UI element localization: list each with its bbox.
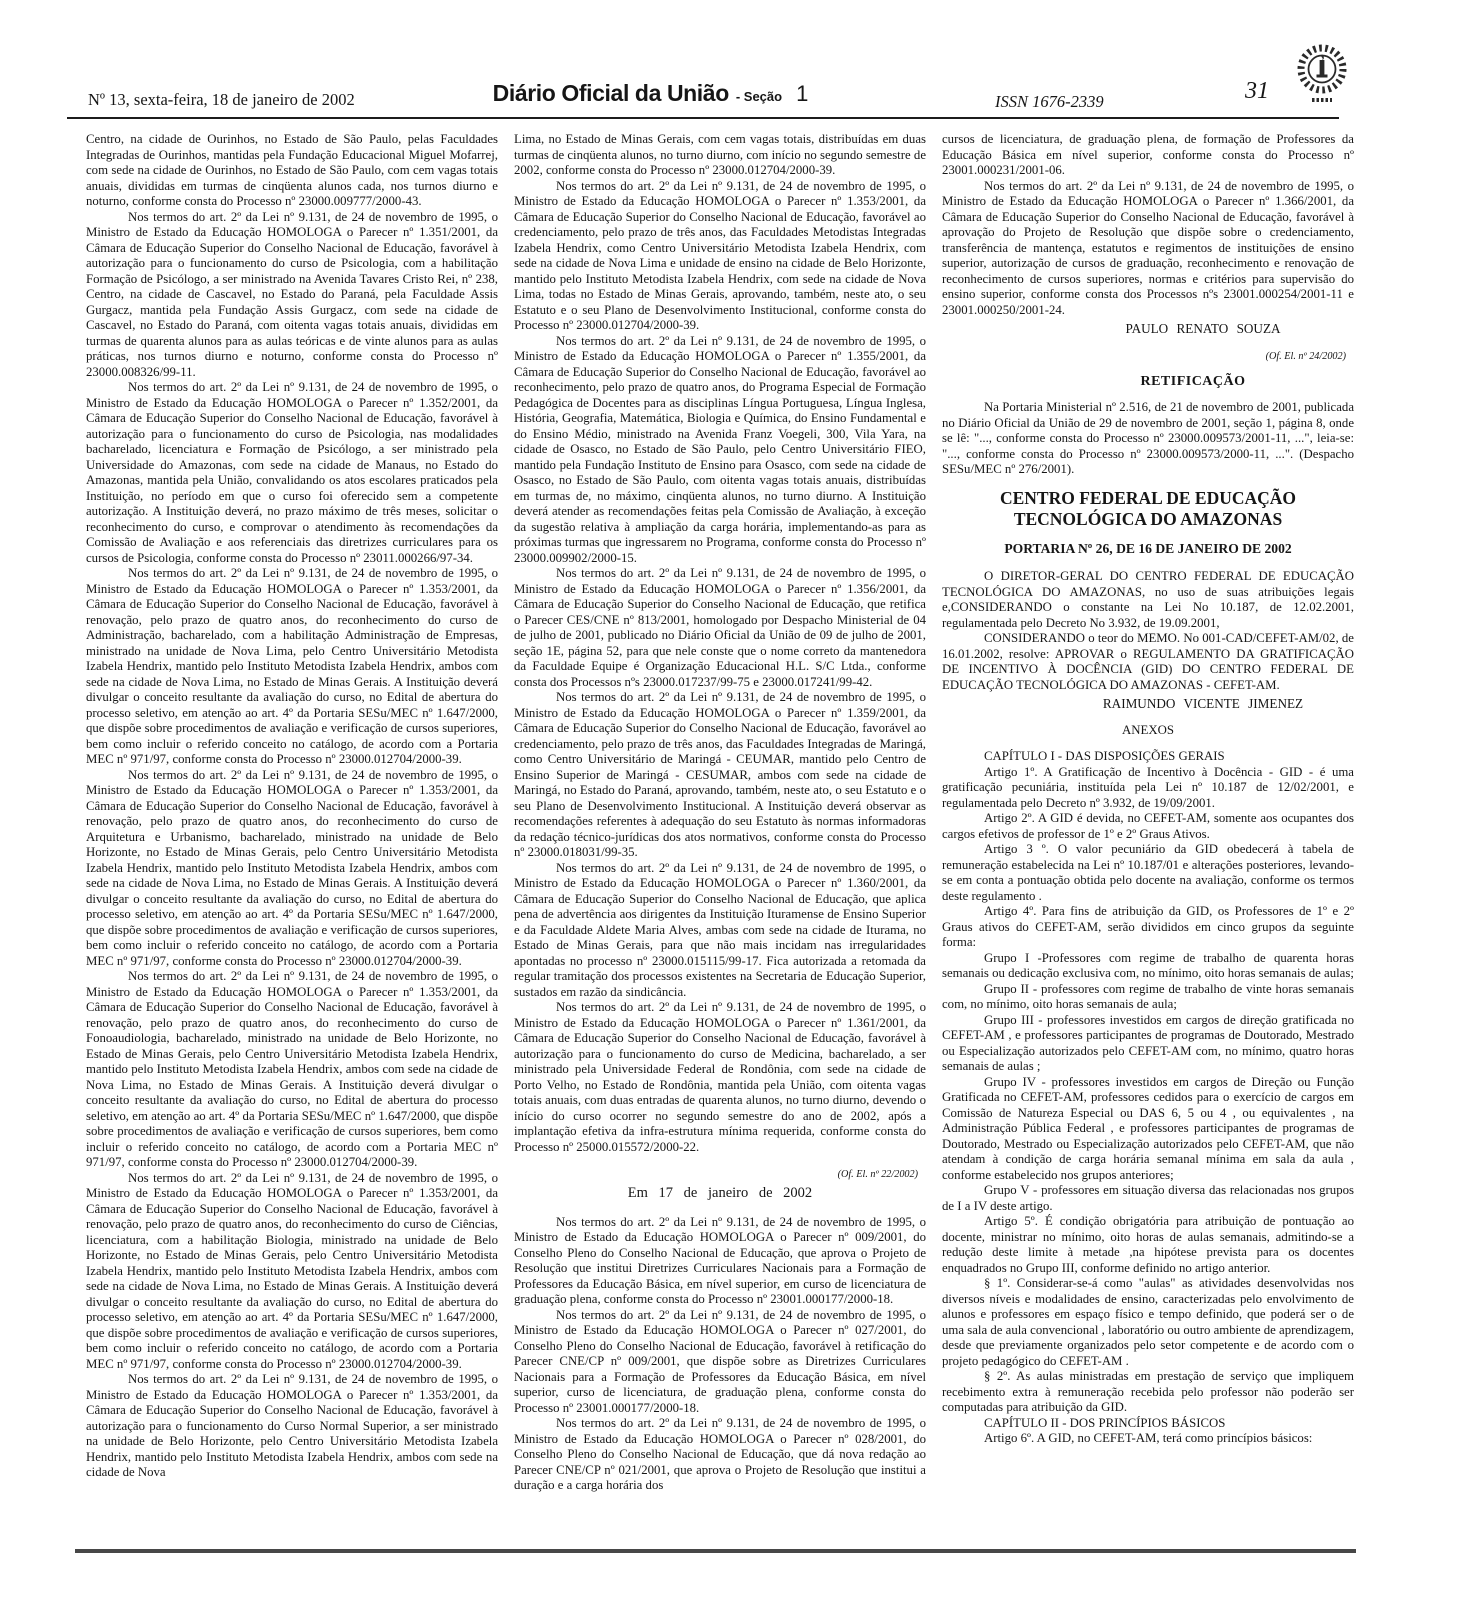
content-columns: Centro, na cidade de Ourinhos, no Estado… xyxy=(86,132,1354,1546)
paragraph: Grupo IV - professores investidos em car… xyxy=(942,1075,1354,1184)
section-label: - Seção xyxy=(736,89,782,104)
paragraph: Nos termos do art. 2º da Lei nº 9.131, d… xyxy=(514,861,926,1001)
paragraph: Nos termos do art. 2º da Lei nº 9.131, d… xyxy=(514,1416,926,1494)
paragraph: Nos termos do art. 2º da Lei nº 9.131, d… xyxy=(514,1215,926,1308)
paragraph: Grupo II - professores com regime de tra… xyxy=(942,982,1354,1013)
paragraph: Nos termos do art. 2º da Lei nº 9.131, d… xyxy=(86,969,498,1171)
paragraph: Grupo I -Professores com regime de traba… xyxy=(942,951,1354,982)
page-number: 31 xyxy=(1245,78,1269,105)
gazette-page: Nº 13, sexta-feira, 18 de janeiro de 200… xyxy=(0,0,1461,1612)
column-1: Centro, na cidade de Ourinhos, no Estado… xyxy=(86,132,498,1546)
paragraph: Artigo 4º. Para fins de atribuição da GI… xyxy=(942,904,1354,951)
gazette-title: Diário Oficial da União xyxy=(493,80,729,106)
column-3: cursos de licenciatura, de graduação ple… xyxy=(942,132,1354,1546)
chapter-heading: CAPÍTULO II - DOS PRINCÍPIOS BÁSICOS xyxy=(942,1416,1354,1432)
paragraph: Artigo 5º. É condição obrigatória para a… xyxy=(942,1214,1354,1276)
paragraph: Na Portaria Ministerial nº 2.516, de 21 … xyxy=(942,400,1354,478)
paragraph: § 1º. Considerar-se-á como "aulas" as at… xyxy=(942,1276,1354,1369)
header-rule xyxy=(67,117,1339,119)
paragraph: O DIRETOR-GERAL DO CENTRO FEDERAL DE EDU… xyxy=(942,569,1354,631)
footer-rule xyxy=(75,1549,1356,1553)
chapter-heading: CAPÍTULO I - DAS DISPOSIÇÕES GERAIS xyxy=(942,749,1354,765)
date-heading: Em 17 de janeiro de 2002 xyxy=(514,1186,926,1202)
retificacao-heading: RETIFICAÇÃO xyxy=(1032,374,1354,390)
paragraph: Nos termos do art. 2º da Lei nº 9.131, d… xyxy=(514,1000,926,1155)
paragraph: Nos termos do art. 2º da Lei nº 9.131, d… xyxy=(514,179,926,334)
paragraph: Nos termos do art. 2º da Lei nº 9.131, d… xyxy=(514,690,926,861)
office-reference: (Of. El. nº 24/2002) xyxy=(942,351,1346,363)
section-number: 1 xyxy=(796,81,808,106)
paragraph: Artigo 1º. A Gratificação de Incentivo à… xyxy=(942,765,1354,812)
paragraph: Nos termos do art. 2º da Lei nº 9.131, d… xyxy=(514,334,926,567)
portaria-heading: PORTARIA Nº 26, DE 16 DE JANEIRO DE 2002 xyxy=(942,541,1354,557)
anexos-heading: ANEXOS xyxy=(942,723,1354,739)
org-heading: CENTRO FEDERAL DE EDUCAÇÃO TECNOLÓGICA D… xyxy=(942,488,1354,530)
paragraph: Grupo III - professores investidos em ca… xyxy=(942,1013,1354,1075)
paragraph: cursos de licenciatura, de graduação ple… xyxy=(942,132,1354,179)
office-reference: (Of. El. nº 22/2002) xyxy=(514,1169,918,1181)
column-2: Lima, no Estado de Minas Gerais, com cem… xyxy=(514,132,926,1546)
paragraph: Artigo 3 º. O valor pecuniário da GID ob… xyxy=(942,842,1354,904)
paragraph: Artigo 2º. A GID é devida, no CEFET-AM, … xyxy=(942,811,1354,842)
paragraph: Grupo V - professores em situação divers… xyxy=(942,1183,1354,1214)
paragraph: Centro, na cidade de Ourinhos, no Estado… xyxy=(86,132,498,210)
masthead: Diário Oficial da União- Seção1 xyxy=(0,80,1301,107)
issn-label: ISSN 1676-2339 xyxy=(995,92,1104,112)
paragraph: Nos termos do art. 2º da Lei nº 9.131, d… xyxy=(514,1308,926,1417)
paragraph: Nos termos do art. 2º da Lei nº 9.131, d… xyxy=(86,1372,498,1481)
paragraph: § 2º. As aulas ministradas em prestação … xyxy=(942,1369,1354,1416)
signature: RAIMUNDO VICENTE JIMENEZ xyxy=(1052,696,1354,712)
paragraph: Nos termos do art. 2º da Lei nº 9.131, d… xyxy=(86,768,498,970)
paragraph: Lima, no Estado de Minas Gerais, com cem… xyxy=(514,132,926,179)
paragraph: Nos termos do art. 2º da Lei nº 9.131, d… xyxy=(514,566,926,690)
paragraph: Nos termos do art. 2º da Lei nº 9.131, d… xyxy=(86,1171,498,1373)
paragraph: Nos termos do art. 2º da Lei nº 9.131, d… xyxy=(942,179,1354,319)
signature: PAULO RENATO SOUZA xyxy=(1052,321,1354,337)
imprensa-nacional-seal-icon xyxy=(1297,42,1347,112)
paragraph: Nos termos do art. 2º da Lei nº 9.131, d… xyxy=(86,566,498,768)
paragraph: Nos termos do art. 2º da Lei nº 9.131, d… xyxy=(86,380,498,566)
paragraph: Nos termos do art. 2º da Lei nº 9.131, d… xyxy=(86,210,498,381)
paragraph: Artigo 6º. A GID, no CEFET-AM, terá como… xyxy=(942,1431,1354,1447)
paragraph: CONSIDERANDO o teor do MEMO. No 001-CAD/… xyxy=(942,631,1354,693)
